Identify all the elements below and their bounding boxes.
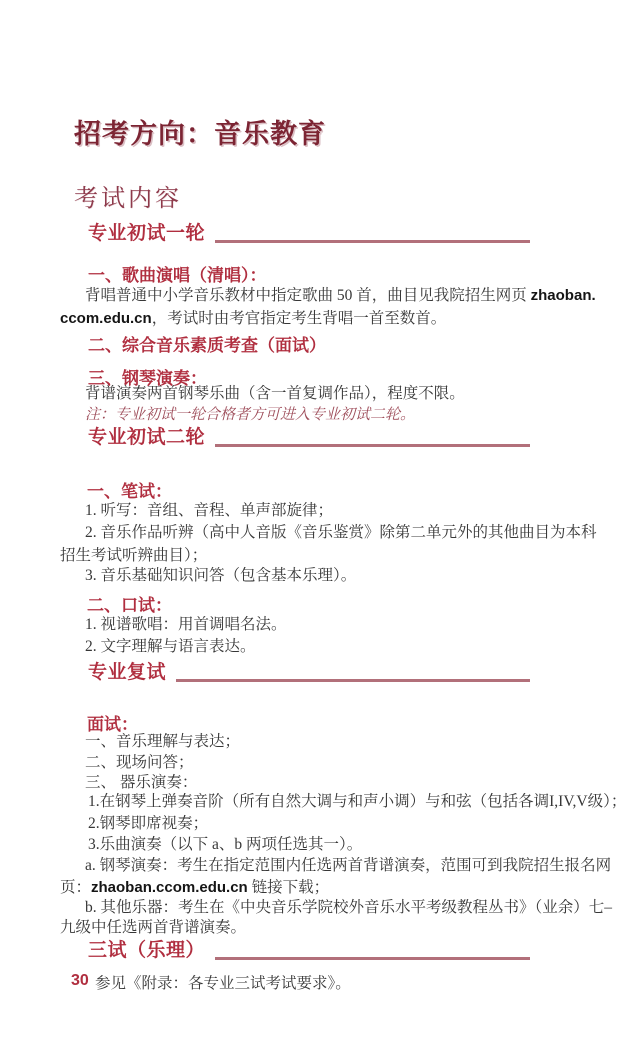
body-text: 一、音乐理解与表达；	[60, 733, 240, 750]
instrument-item: 2.钢琴即席视奏；	[63, 814, 623, 834]
written-item-wrap: 招生考试听辨曲目）；	[60, 546, 620, 566]
round1-heading: 专业初试一轮	[88, 222, 205, 245]
round3-body: 参见《附录：各专业三试考试要求》。	[95, 974, 642, 994]
retest-heading: 专业复试	[88, 661, 166, 684]
admissions-url: zhaoban.ccom.edu.cn	[91, 879, 248, 896]
heading-underline	[215, 240, 530, 243]
round2-written-heading: 一、笔试：	[87, 477, 172, 502]
round1-item1-line1: 背唱普通中小学音乐教材中指定歌曲 50 首，曲目见我院招生网页 zhaoban.	[60, 286, 620, 306]
body-text: 背谱演奏两首钢琴乐曲（含一首复调作品），程度不限。	[60, 385, 465, 402]
body-text: b. 其他乐器：考生在《中央音乐学院校外音乐水平考级教程丛书》（业余）七–	[60, 899, 612, 916]
written-item: 3. 音乐基础知识问答（包含基本乐理）。	[60, 566, 620, 586]
instrument-item: 1.在钢琴上弹奏音阶（所有自然大调与和声小调）与和弦（包括各调I,IV,V级）；	[63, 792, 623, 812]
body-text: 链接下载；	[248, 879, 329, 896]
written-item: 1. 听写：音组、音程、单声部旋律；	[60, 501, 620, 521]
round3-heading-row: 三试（乐理）	[88, 939, 530, 962]
oral-item: 2. 文字理解与语言表达。	[60, 637, 620, 657]
option-a-line1: a. 钢琴演奏：考生在指定范围内任选两首背谱演奏，范围可到我院招生报名网	[60, 856, 620, 876]
page-number: 30	[71, 972, 89, 990]
round2-heading: 专业初试二轮	[88, 426, 205, 449]
heading-underline	[215, 444, 530, 447]
admissions-url: ccom.edu.cn	[60, 310, 152, 327]
body-text: 二、现场问答；	[60, 754, 194, 771]
retest-heading-row: 专业复试	[88, 661, 530, 684]
round2-oral-heading: 二、口试：	[87, 591, 172, 616]
round1-heading-row: 专业初试一轮	[88, 222, 530, 245]
heading-underline	[176, 679, 530, 682]
round2-heading-row: 专业初试二轮	[88, 426, 530, 449]
round1-item1-line2: ccom.edu.cn，考试时由考官指定考生背唱一首至数首。	[60, 309, 620, 329]
interview-item: 三、 器乐演奏：	[60, 773, 620, 793]
round1-item3-body: 背谱演奏两首钢琴乐曲（含一首复调作品），程度不限。	[60, 384, 620, 404]
round1-note: 注：专业初试一轮合格者方可进入专业初试二轮。	[85, 403, 415, 424]
body-text: 三、 器乐演奏：	[60, 774, 197, 791]
round1-item2-heading: 二、综合音乐素质考查（面试）	[88, 331, 326, 356]
body-text: 2. 文字理解与语言表达。	[60, 638, 256, 655]
body-text: 2.钢琴即席视奏；	[63, 815, 208, 832]
oral-item: 1. 视谱歌唱：用首调唱名法。	[60, 615, 620, 635]
round3-heading: 三试（乐理）	[88, 939, 205, 962]
admissions-url: zhaoban.	[531, 287, 596, 304]
option-b-line1: b. 其他乐器：考生在《中央音乐学院校外音乐水平考级教程丛书》（业余）七–	[60, 898, 620, 918]
body-text: 页：	[60, 879, 91, 896]
heading-underline	[215, 957, 530, 960]
instrument-item: 3.乐曲演奏（以下 a、b 两项任选其一）。	[63, 835, 623, 855]
interview-item: 一、音乐理解与表达；	[60, 732, 620, 752]
body-text: 1. 听写：音组、音程、单声部旋律；	[60, 502, 333, 519]
body-text: 2. 音乐作品听辨（高中人音版《音乐鉴赏》除第二单元外的其他曲目为本科	[60, 524, 597, 541]
option-b-line2: 九级中任选两首背谱演奏。	[60, 918, 620, 938]
doc-title: 招考方向：音乐教育	[74, 112, 326, 151]
body-text: ，考试时由考官指定考生背唱一首至数首。	[152, 310, 447, 327]
document-page: 招考方向：音乐教育 考试内容 专业初试一轮 一、歌曲演唱（清唱）： 背唱普通中小…	[0, 0, 642, 1058]
round1-item1-heading: 一、歌曲演唱（清唱）：	[88, 261, 267, 286]
option-a-line2: 页：zhaoban.ccom.edu.cn 链接下载；	[60, 878, 620, 898]
body-text: 1.在钢琴上弹奏音阶（所有自然大调与和声小调）与和弦（包括各调I,IV,V级）；	[63, 793, 626, 810]
written-item: 2. 音乐作品听辨（高中人音版《音乐鉴赏》除第二单元外的其他曲目为本科	[60, 523, 620, 543]
body-text: 3.乐曲演奏（以下 a、b 两项任选其一）。	[63, 836, 362, 853]
body-text: a. 钢琴演奏：考生在指定范围内任选两首背谱演奏，范围可到我院招生报名网	[60, 857, 611, 874]
doc-subtitle: 考试内容	[74, 178, 182, 213]
body-text: 3. 音乐基础知识问答（包含基本乐理）。	[60, 567, 356, 584]
body-text: 1. 视谱歌唱：用首调唱名法。	[60, 616, 287, 633]
interview-item: 二、现场问答；	[60, 753, 620, 773]
body-text: 背唱普通中小学音乐教材中指定歌曲 50 首，曲目见我院招生网页	[60, 287, 531, 304]
